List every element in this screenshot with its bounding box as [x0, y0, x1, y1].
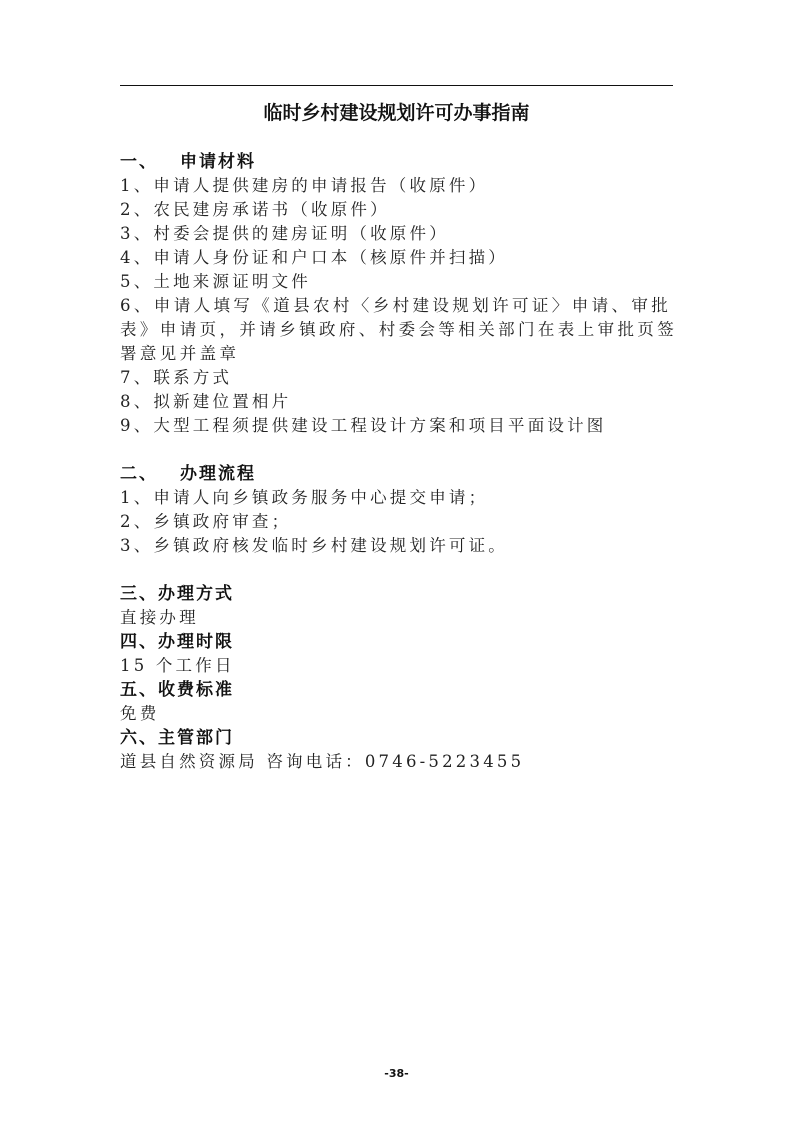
list-item: 3、村委会提供的建房证明（收原件） [120, 222, 680, 246]
method-value: 直接办理 [120, 606, 680, 630]
list-item: 8、拟新建位置相片 [120, 390, 680, 414]
page-number: -38- [0, 1067, 793, 1080]
list-item: 5、土地来源证明文件 [120, 270, 680, 294]
section-heading-materials: 一、申请材料 [120, 150, 680, 174]
list-item: 2、农民建房承诺书（收原件） [120, 198, 680, 222]
section-number: 一、 [120, 150, 158, 174]
section-title: 办理流程 [180, 464, 256, 484]
section-heading-fee: 五、收费标准 [120, 678, 680, 702]
list-item: 9、大型工程须提供建设工程设计方案和项目平面设计图 [120, 414, 680, 438]
section-heading-department: 六、主管部门 [120, 726, 680, 750]
section-heading-method: 三、办理方式 [120, 582, 680, 606]
section-title: 申请材料 [180, 152, 256, 172]
list-item: 7、联系方式 [120, 366, 680, 390]
document-title: 临时乡村建设规划许可办事指南 [120, 98, 673, 125]
list-item: 6、申请人填写《道县农村〈乡村建设规划许可证〉申请、审批表》申请页，并请乡镇政府… [120, 294, 680, 366]
list-item: 1、申请人提供建房的申请报告（收原件） [120, 174, 680, 198]
time-limit-value: 15 个工作日 [120, 654, 680, 678]
list-item: 4、申请人身份证和户口本（核原件并扫描） [120, 246, 680, 270]
section-number: 二、 [120, 462, 158, 486]
section-heading-time-limit: 四、办理时限 [120, 630, 680, 654]
list-item: 3、乡镇政府核发临时乡村建设规划许可证。 [120, 534, 680, 558]
top-horizontal-rule [120, 85, 673, 86]
department-value: 道县自然资源局 咨询电话：0746-5223455 [120, 750, 680, 774]
list-item: 2、乡镇政府审查； [120, 510, 680, 534]
fee-value: 免费 [120, 702, 680, 726]
document-body: 一、申请材料 1、申请人提供建房的申请报告（收原件） 2、农民建房承诺书（收原件… [120, 150, 680, 774]
section-heading-process: 二、办理流程 [120, 462, 680, 486]
list-item: 1、申请人向乡镇政务服务中心提交申请； [120, 486, 680, 510]
